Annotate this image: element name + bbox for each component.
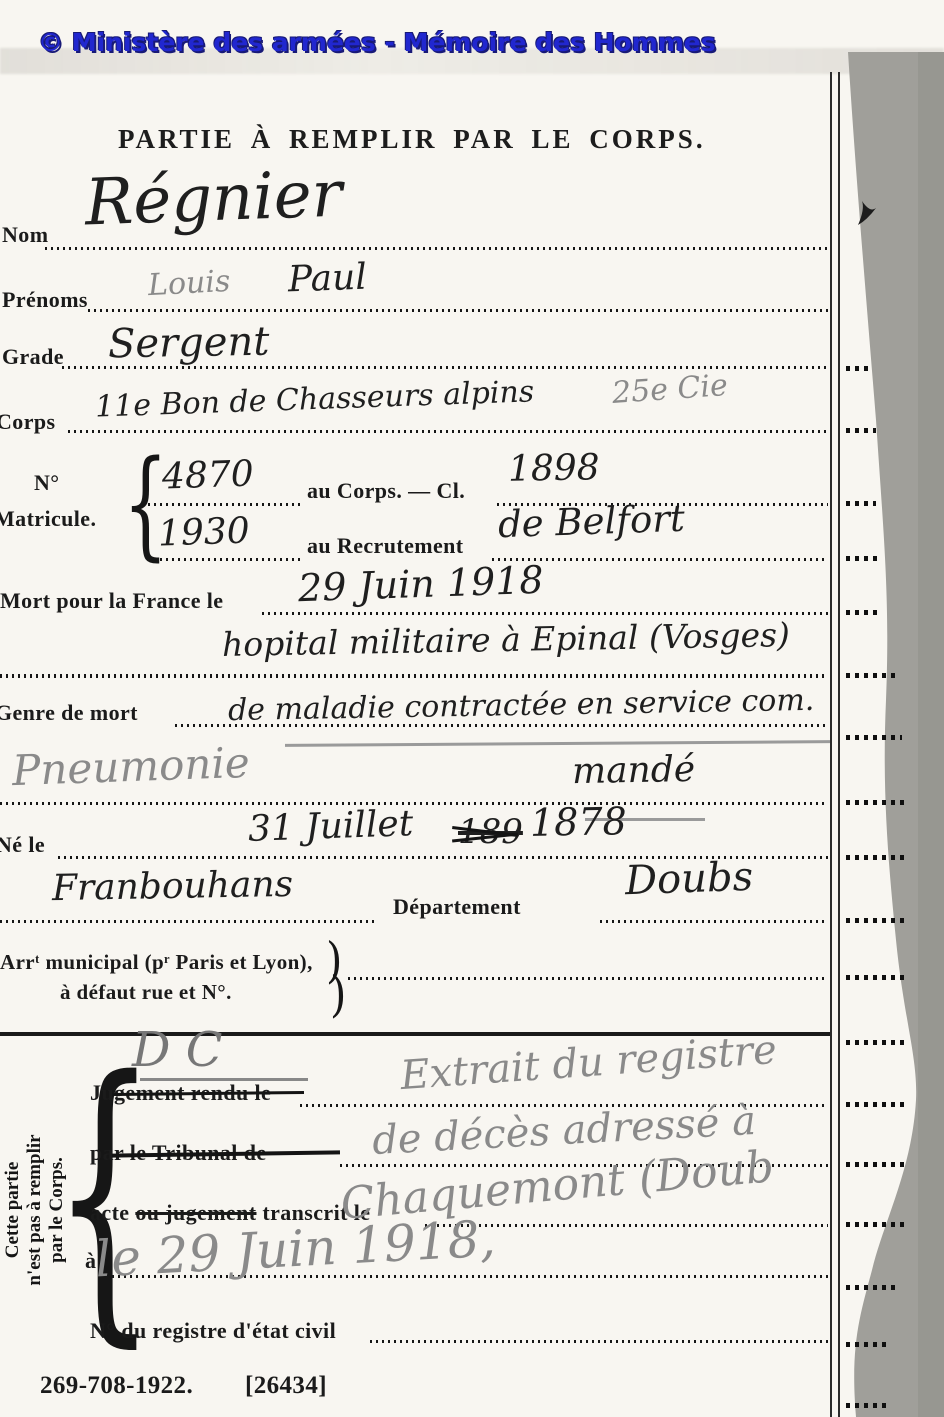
handwriting-grade: Sergent <box>108 319 270 368</box>
ministry-watermark: © Ministère des armées - Mémoire des Hom… <box>38 28 716 57</box>
fold-line <box>830 72 832 1417</box>
label-au-recrutement: au Recrutement <box>307 533 464 559</box>
ruling-dash <box>846 1040 908 1045</box>
handwriting-matricule-corps: 4870 <box>161 453 254 497</box>
ruling-dash <box>846 1222 906 1227</box>
ruling-dash <box>846 673 900 678</box>
dotted-line <box>45 247 828 250</box>
ruling-dash <box>846 800 904 805</box>
ruling-dash <box>846 975 906 980</box>
field-label-arrondissement-2: à défaut rue et N°. <box>60 980 232 1005</box>
field-label-ne-le: Né le <box>0 832 45 858</box>
ruling-dash <box>846 1162 908 1167</box>
dotted-line <box>88 309 828 312</box>
acte-label-part1: acte <box>90 1200 135 1225</box>
ruling-dash <box>846 1102 908 1107</box>
dotted-line <box>370 1340 828 1343</box>
field-label-grade: Grade <box>2 344 64 370</box>
ruling-dash <box>846 366 872 371</box>
ruling-dash <box>846 428 876 433</box>
handwriting-date-naissance: 31 Juillet <box>247 803 414 850</box>
handwriting-date-mort: 29 Juin 1918 <box>297 558 544 611</box>
arrondissement-brace-bottom: ) <box>330 971 346 1019</box>
dotted-line <box>262 612 828 615</box>
ruling-dash <box>846 735 902 740</box>
handwriting-matricule-recrutement: 1930 <box>157 510 250 554</box>
field-label-registre-etat-civil: N° du registre d'état civil <box>90 1318 336 1344</box>
ruling-dash <box>846 610 880 615</box>
side-note-line: Cette partie <box>2 1075 24 1345</box>
ruling-dash <box>846 918 904 923</box>
field-label-nom: Nom <box>2 222 48 248</box>
ruling-dash <box>846 1342 890 1347</box>
fold-line <box>838 72 840 1417</box>
handwriting-pneumonie: Pneumonie <box>11 738 250 795</box>
field-label-prenoms: Prénoms <box>2 287 88 313</box>
side-note-line: n'est pas à remplir <box>24 1075 46 1345</box>
handwriting-departement: Doubs <box>624 854 754 904</box>
handwriting-nom: Régnier <box>84 158 344 241</box>
field-label-numero: N° <box>34 470 60 496</box>
handwriting-lieu-recrutement: de Belfort <box>497 497 685 546</box>
dotted-line <box>68 430 828 433</box>
field-label-arrondissement-1: Arrᵗ municipal (pʳ Paris et Lyon), <box>0 950 313 975</box>
ruling-dash <box>846 501 876 506</box>
field-label-departement: Département <box>393 894 521 920</box>
handwriting-lieu-naissance: Franbouhans <box>52 864 294 909</box>
handwriting-classe: 1898 <box>508 447 600 490</box>
handwriting-genre-mort-suite: mandé <box>572 749 696 792</box>
dotted-line <box>600 920 828 923</box>
ruling-dash <box>846 1285 896 1290</box>
label-au-corps: au Corps. — Cl. <box>307 478 465 504</box>
handwriting-annee-naissance: 1878 <box>530 799 627 845</box>
form-title: PARTIE À REMPLIR PAR LE CORPS. <box>118 124 706 155</box>
scanned-record-page: © Ministère des armées - Mémoire des Hom… <box>0 0 944 1417</box>
dotted-line <box>0 920 378 923</box>
dotted-line <box>148 503 300 506</box>
dotted-line <box>0 802 828 805</box>
handwriting-prenom-1: Louis <box>147 264 231 303</box>
ruling-dash <box>846 556 878 561</box>
handwriting-dc-annotation: D C <box>132 1022 222 1078</box>
handwriting-prenom-2: Paul <box>287 257 367 301</box>
dotted-line <box>0 674 828 678</box>
acte-label-struck: ou jugement <box>135 1200 256 1225</box>
print-reference: 269-708-1922. <box>40 1372 193 1400</box>
dotted-line <box>148 558 300 561</box>
print-number: [26434] <box>245 1372 327 1400</box>
field-label-genre-mort: Genre de mort <box>0 700 138 726</box>
field-label-matricule: Matricule. <box>0 506 96 532</box>
dotted-line <box>348 977 828 980</box>
field-label-corps: Corps <box>0 409 55 435</box>
field-label-mort: Mort pour la France le <box>0 588 223 614</box>
ruling-dash <box>846 1403 886 1408</box>
ruling-dash <box>846 855 904 860</box>
